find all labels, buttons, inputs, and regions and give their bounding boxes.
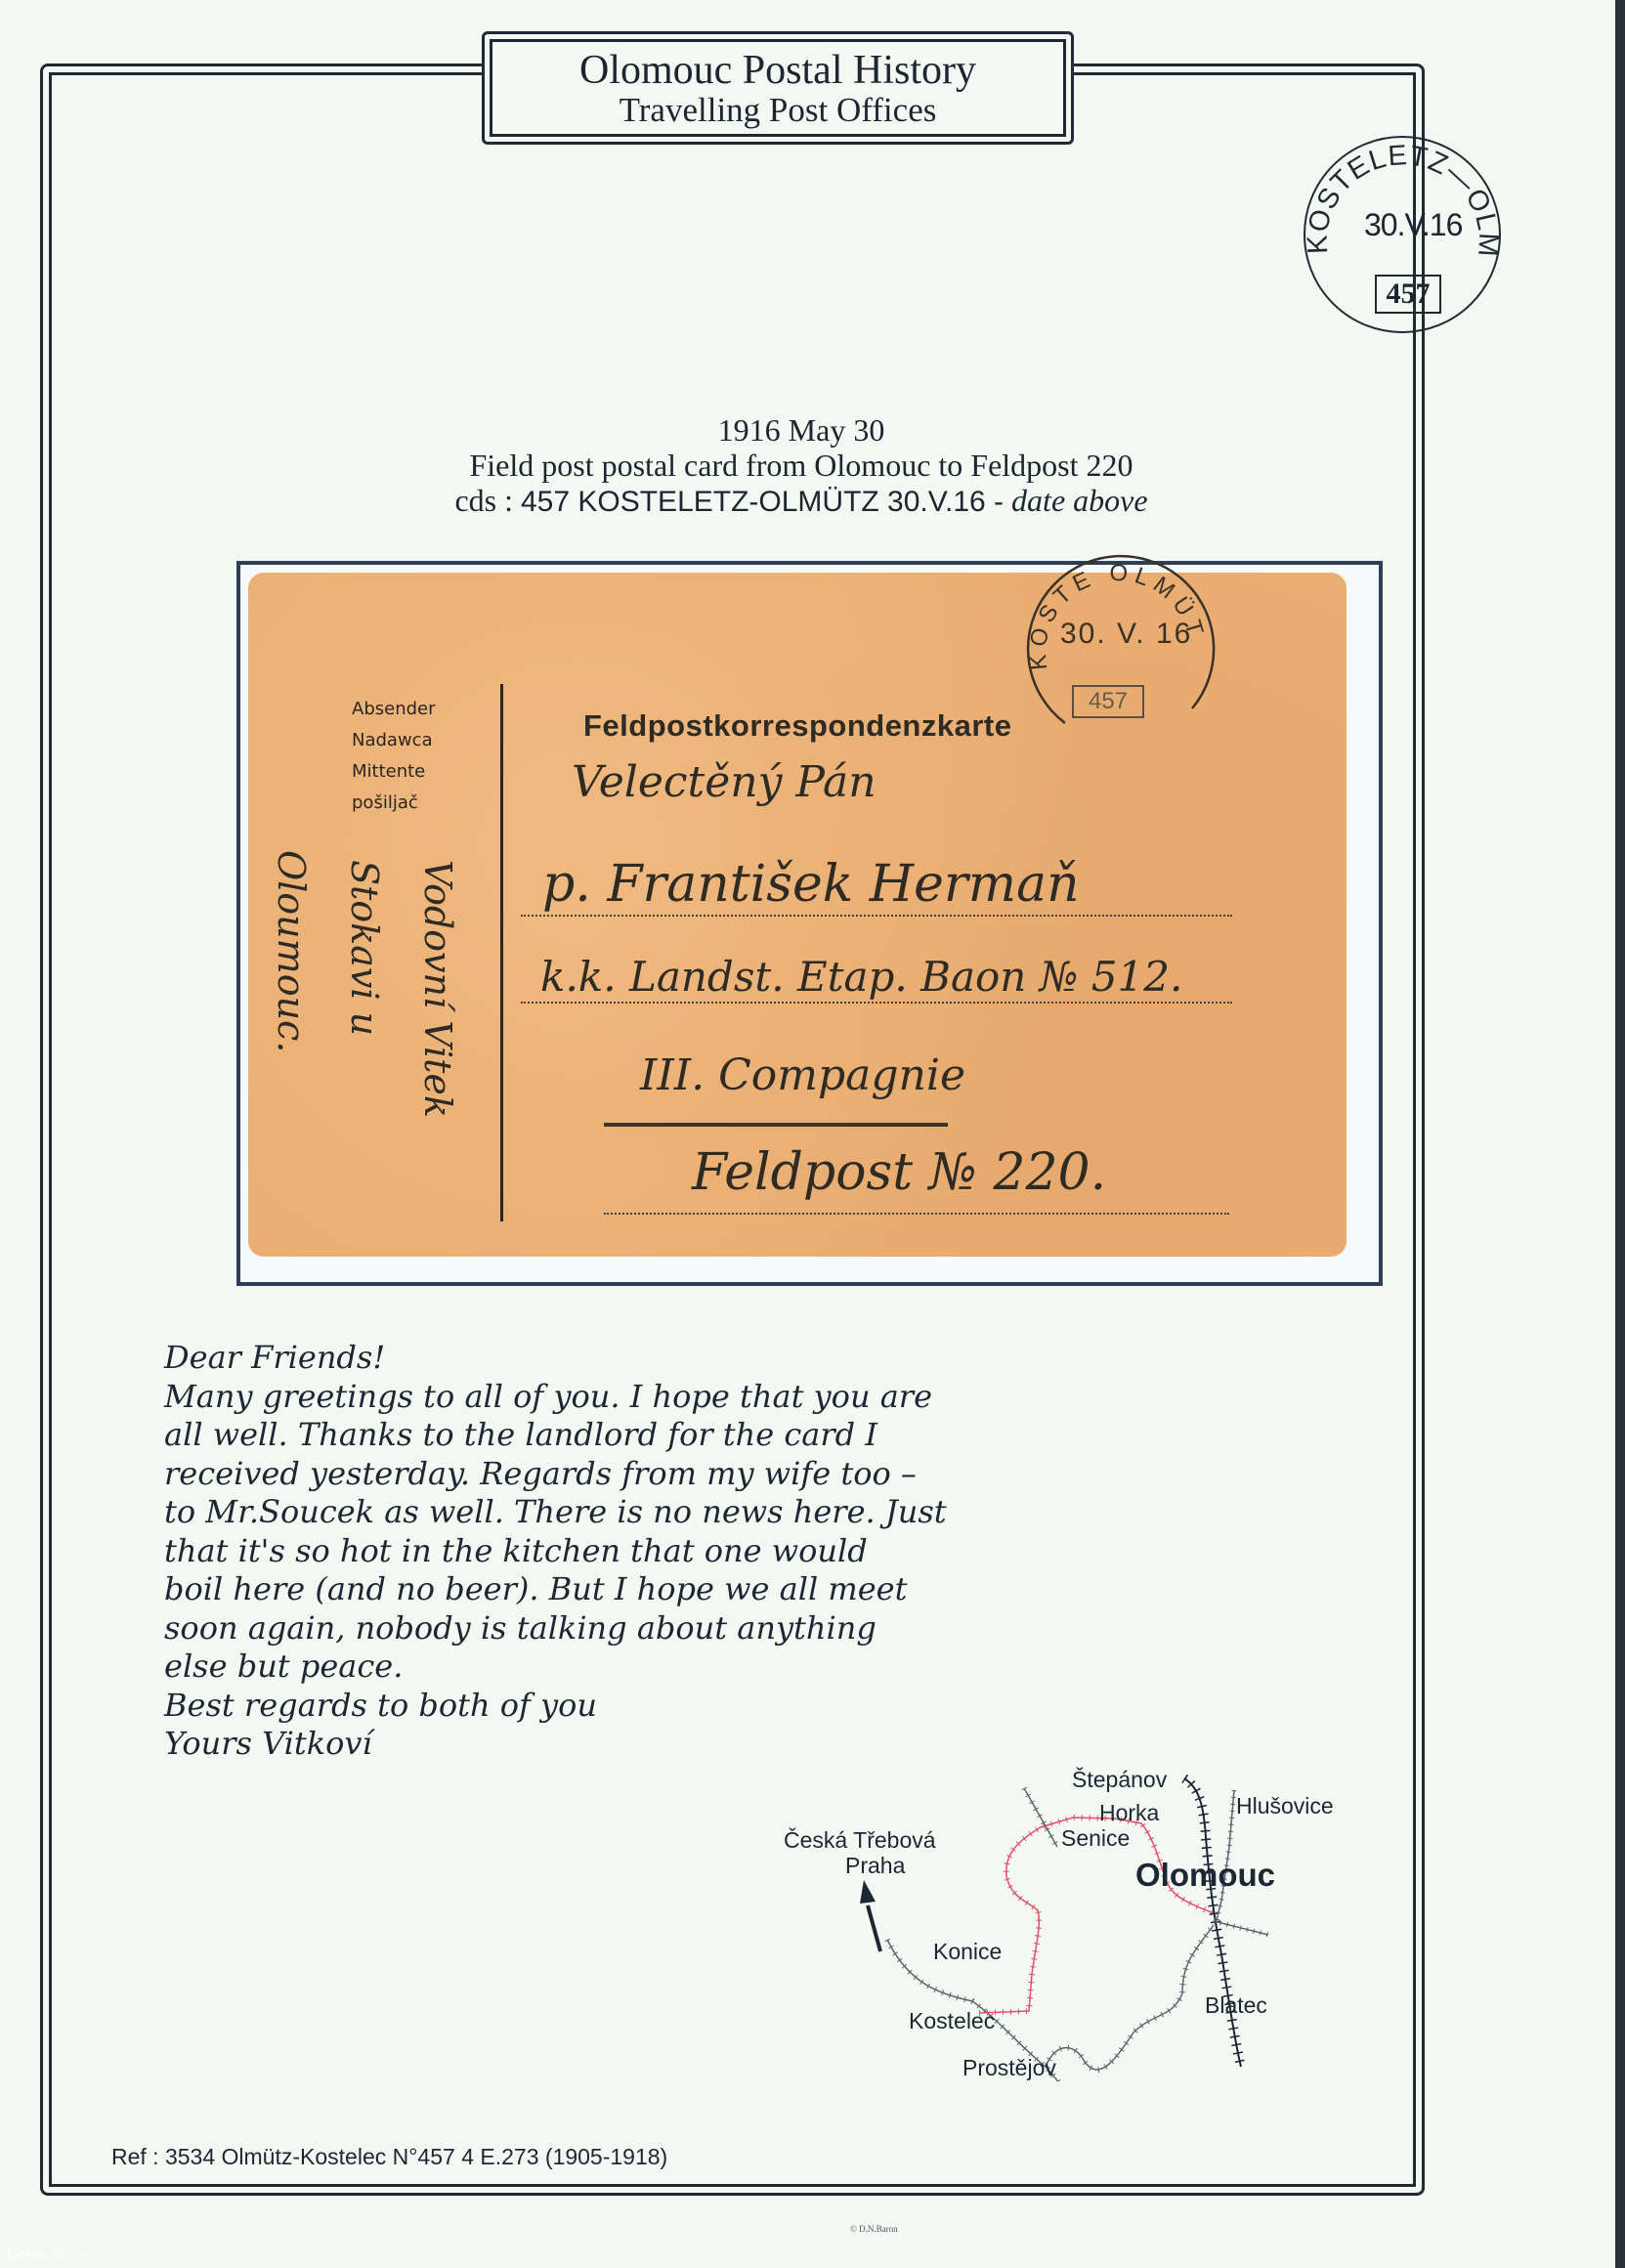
address-dotted-line [604, 1213, 1229, 1215]
item-description: 1916 May 30 Field post postal card from … [293, 412, 1309, 520]
map-label-olomouc: Olomouc [1135, 1857, 1275, 1894]
translation-line: Best regards to both of you [164, 1687, 1083, 1726]
card-divider-line [500, 684, 503, 1221]
address-dotted-line [521, 915, 1232, 917]
address-line: Velectěný Pán [572, 757, 877, 807]
sender-handwriting-line: Oloumouc. [270, 850, 313, 1052]
scanner-edge [1615, 0, 1625, 2268]
translation-line: Many greetings to all of you. I hope tha… [164, 1378, 1083, 1417]
map-label-ceska-trebova: Česká Třebová [784, 1827, 936, 1854]
reference-note: Ref : 3534 Olmütz-Kostelec N°457 4 E.273… [111, 2144, 667, 2170]
card-postmark-number: 457 [1072, 685, 1144, 718]
map-label-prostejov: Prostějov [962, 2055, 1056, 2081]
cds-prefix: cds : [454, 483, 513, 518]
card-heading: Feldpostkorrespondenzkarte [583, 708, 1011, 744]
translation-line: to Mr.Soucek as well. There is no news h… [164, 1493, 1083, 1532]
map-label-horka: Horka [1099, 1800, 1159, 1826]
address-line: Feldpost № 220. [692, 1143, 1106, 1202]
translation-line: received yesterday. Regards from my wife… [164, 1455, 1083, 1494]
page-title: Olomouc Postal History [492, 48, 1063, 93]
cds-note: date above [1011, 483, 1148, 518]
watermark: Derek Baron [7, 2247, 92, 2263]
description-cds: cds : 457 KOSTELETZ-OLMÜTZ 30.V.16 - dat… [293, 483, 1309, 520]
address-line: k.k. Landst. Etap. Baon № 512. [540, 953, 1182, 1001]
page-subtitle: Travelling Post Offices [492, 93, 1063, 128]
description-date: 1916 May 30 [293, 412, 1309, 448]
sender-handwriting-line: Vodovní Vitek [416, 860, 459, 1118]
address-underline [604, 1123, 948, 1127]
translation-line: soon again, nobody is talking about anyt… [164, 1609, 1083, 1648]
translation-line: boil here (and no beer). But I hope we a… [164, 1570, 1083, 1609]
translation-line: all well. Thanks to the landlord for the… [164, 1416, 1083, 1455]
railway-map: Česká Třebová Praha Štepánov Horka Hlušo… [762, 1730, 1388, 2081]
sender-label: pošiljač [352, 788, 436, 819]
map-label-konice: Konice [933, 1939, 1002, 1965]
translation-line: else but peace. [164, 1648, 1083, 1687]
map-label-senice: Senice [1061, 1825, 1130, 1852]
sender-label: Mittente [352, 756, 436, 788]
map-label-hlusovice: Hlušovice [1236, 1793, 1334, 1819]
sender-label: Absender [352, 694, 436, 725]
description-line: Field post postal card from Olomouc to F… [293, 448, 1309, 483]
translation-text: Dear Friends! Many greetings to all of y… [164, 1339, 1083, 1764]
map-label-blatec: Blatec [1205, 1992, 1267, 2019]
translation-line: Dear Friends! [164, 1339, 1083, 1378]
svg-text:KOSTE OLMÜTZ: KOSTE OLMÜTZ [1006, 552, 1210, 671]
map-label-praha: Praha [845, 1853, 905, 1879]
address-line: p. František Hermaň [542, 855, 1080, 914]
sender-label: Nadawca [352, 725, 436, 756]
map-label-stepanov: Štepánov [1072, 1767, 1167, 1793]
copyright-note: © D.N.Baron [850, 2224, 898, 2234]
postmark-number: 457 [1375, 275, 1441, 314]
sender-handwriting-line: Stokavi u [343, 860, 386, 1036]
postmark-date: 30.V.16 [1364, 207, 1462, 243]
sender-labels: Absender Nadawca Mittente pošiljač [352, 694, 436, 819]
title-box: Olomouc Postal History Travelling Post O… [490, 39, 1066, 137]
cds-value: 457 KOSTELETZ-OLMÜTZ 30.V.16 - [521, 486, 1004, 518]
translation-line: that it's so hot in the kitchen that one… [164, 1532, 1083, 1571]
card-postmark-date: 30. V. 16 [1060, 618, 1192, 651]
address-dotted-line [521, 1002, 1232, 1004]
address-line: III. Compagnie [640, 1050, 965, 1100]
map-label-kostelec: Kostelec [909, 2008, 995, 2034]
